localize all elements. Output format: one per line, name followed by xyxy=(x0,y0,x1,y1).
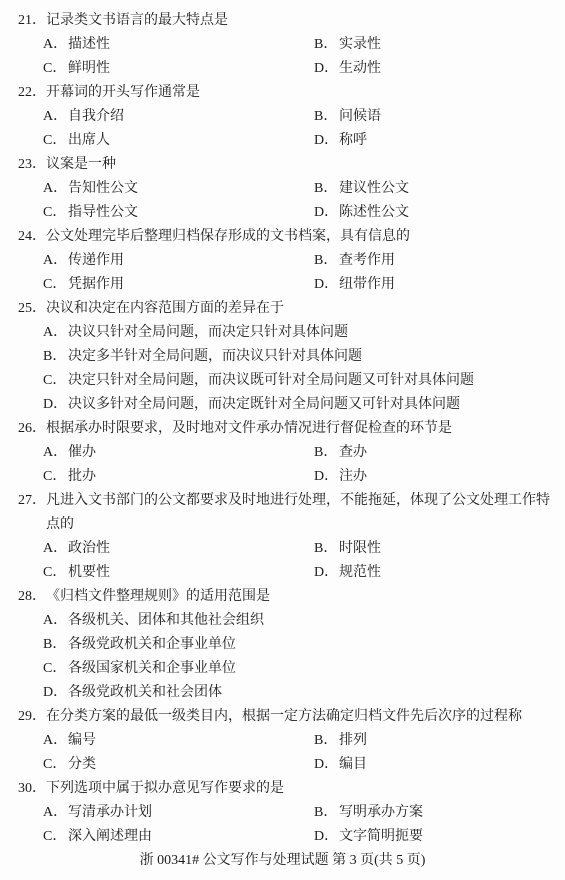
question-number: 23． xyxy=(18,153,46,177)
option-c: C．出席人 xyxy=(43,129,314,153)
option-b: B．查办 xyxy=(314,441,565,465)
option-text: 编号 xyxy=(68,729,96,753)
option-text: 告知性公文 xyxy=(68,177,138,201)
option-group: A．编号B．排列C．分类D．编目 xyxy=(0,729,565,777)
option-text: 排列 xyxy=(339,729,367,753)
option-text: 政治性 xyxy=(68,537,110,561)
option-b: B．排列 xyxy=(314,729,565,753)
option-text: 各级机关、团体和其他社会组织 xyxy=(68,609,264,633)
option-label: B． xyxy=(314,801,339,825)
option-b: B．查考作用 xyxy=(314,249,565,273)
option-b: B．各级党政机关和企事业单位 xyxy=(43,633,565,657)
option-group: A．传递作用B．查考作用C．凭据作用D．纽带作用 xyxy=(0,249,565,297)
question-line: 26．根据承办时限要求，及时地对文件承办情况进行督促检查的环节是 xyxy=(0,417,565,441)
option-text: 编目 xyxy=(339,753,367,777)
option-label: A． xyxy=(43,441,68,465)
option-b: B．时限性 xyxy=(314,537,565,561)
option-a: A．催办 xyxy=(43,441,314,465)
option-text: 各级党政机关和社会团体 xyxy=(68,681,222,705)
question-line: 28．《归档文件整理规则》的适用范围是 xyxy=(0,585,565,609)
option-text: 催办 xyxy=(68,441,96,465)
option-text: 决议只针对全局问题，而决定只针对具体问题 xyxy=(68,321,348,345)
option-label: B． xyxy=(314,537,339,561)
option-a: A．政治性 xyxy=(43,537,314,561)
option-d: D．规范性 xyxy=(314,561,565,585)
option-label: B． xyxy=(314,33,339,57)
question-line: 29．在分类方案的最低一级类目内，根据一定方法确定归档文件先后次序的过程称 xyxy=(0,705,565,729)
option-text: 出席人 xyxy=(68,129,110,153)
option-d: D．决议多针对全局问题，而决定既针对全局问题又可针对具体问题 xyxy=(43,393,565,417)
question-stem: 《归档文件整理规则》的适用范围是 xyxy=(46,585,270,609)
option-text: 各级党政机关和企事业单位 xyxy=(68,633,236,657)
question-21: 21．记录类文书语言的最大特点是A．描述性B．实录性C．鲜明性D．生动性 xyxy=(0,9,565,81)
question-stem: 公文处理完毕后整理归档保存形成的文书档案，具有信息的 xyxy=(46,225,410,249)
option-c: C．批办 xyxy=(43,465,314,489)
page-footer: 浙 00341# 公文写作与处理试题 第 3 页(共 5 页) xyxy=(0,849,565,873)
option-b: B．写明承办方案 xyxy=(314,801,565,825)
option-d: D．陈述性公文 xyxy=(314,201,565,225)
option-label: B． xyxy=(314,441,339,465)
option-text: 查办 xyxy=(339,441,367,465)
question-stem: 凡进入文书部门的公文都要求及时地进行处理，不能拖延，体现了公文处理工作特点的 xyxy=(46,489,550,537)
question-25: 25．决议和决定在内容范围方面的差异在于A．决议只针对全局问题，而决定只针对具体… xyxy=(0,297,565,417)
option-label: A． xyxy=(43,801,68,825)
option-text: 指导性公文 xyxy=(68,201,138,225)
question-line: 30．下列选项中属于拟办意见写作要求的是 xyxy=(0,777,565,801)
option-label: B． xyxy=(314,249,339,273)
option-label: A． xyxy=(43,105,68,129)
option-group: A．告知性公文B．建议性公文C．指导性公文D．陈述性公文 xyxy=(0,177,565,225)
option-label: B． xyxy=(314,177,339,201)
option-d: D．编目 xyxy=(314,753,565,777)
option-label: A． xyxy=(43,537,68,561)
option-a: A．写清承办计划 xyxy=(43,801,314,825)
option-d: D．注办 xyxy=(314,465,565,489)
option-text: 陈述性公文 xyxy=(339,201,409,225)
option-label: D． xyxy=(43,393,68,417)
option-label: C． xyxy=(43,825,68,849)
option-d: D．生动性 xyxy=(314,57,565,81)
option-c: C．决定只针对全局问题，而决议既可针对全局问题又可针对具体问题 xyxy=(43,369,565,393)
question-line: 21．记录类文书语言的最大特点是 xyxy=(0,9,565,33)
option-text: 写清承办计划 xyxy=(68,801,152,825)
option-text: 批办 xyxy=(68,465,96,489)
option-group: A．描述性B．实录性C．鲜明性D．生动性 xyxy=(0,33,565,81)
option-text: 问候语 xyxy=(339,105,381,129)
option-label: A． xyxy=(43,249,68,273)
option-text: 查考作用 xyxy=(339,249,395,273)
option-a: A．编号 xyxy=(43,729,314,753)
question-22: 22．开幕词的开头写作通常是A．自我介绍B．问候语C．出席人D．称呼 xyxy=(0,81,565,153)
option-c: C．凭据作用 xyxy=(43,273,314,297)
question-30: 30．下列选项中属于拟办意见写作要求的是A．写清承办计划B．写明承办方案C．深入… xyxy=(0,777,565,849)
option-label: C． xyxy=(43,129,68,153)
question-stem: 议案是一种 xyxy=(46,153,116,177)
question-line: 25．决议和决定在内容范围方面的差异在于 xyxy=(0,297,565,321)
option-group: A．写清承办计划B．写明承办方案C．深入阐述理由D．文字简明扼要 xyxy=(0,801,565,849)
option-text: 实录性 xyxy=(339,33,381,57)
option-c: C．指导性公文 xyxy=(43,201,314,225)
option-group: A．催办B．查办C．批办D．注办 xyxy=(0,441,565,489)
option-a: A．决议只针对全局问题，而决定只针对具体问题 xyxy=(43,321,565,345)
option-c: C．各级国家机关和企事业单位 xyxy=(43,657,565,681)
option-label: C． xyxy=(43,57,68,81)
option-group: A．决议只针对全局问题，而决定只针对具体问题B．决定多半针对全局问题，而决议只针… xyxy=(0,321,565,417)
option-b: B．决定多半针对全局问题，而决议只针对具体问题 xyxy=(43,345,565,369)
option-label: B． xyxy=(314,105,339,129)
option-text: 决定多半针对全局问题，而决议只针对具体问题 xyxy=(68,345,362,369)
question-number: 25． xyxy=(18,297,46,321)
option-a: A．描述性 xyxy=(43,33,314,57)
option-label: D． xyxy=(314,825,339,849)
option-text: 写明承办方案 xyxy=(339,801,423,825)
question-stem: 下列选项中属于拟办意见写作要求的是 xyxy=(46,777,284,801)
option-label: D． xyxy=(314,465,339,489)
option-label: A． xyxy=(43,729,68,753)
option-label: B． xyxy=(314,729,339,753)
option-a: A．传递作用 xyxy=(43,249,314,273)
option-c: C．鲜明性 xyxy=(43,57,314,81)
question-stem: 决议和决定在内容范围方面的差异在于 xyxy=(46,297,284,321)
option-label: D． xyxy=(43,681,68,705)
question-line: 23．议案是一种 xyxy=(0,153,565,177)
option-text: 机要性 xyxy=(68,561,110,585)
option-label: B． xyxy=(43,633,68,657)
option-a: A．各级机关、团体和其他社会组织 xyxy=(43,609,565,633)
option-text: 时限性 xyxy=(339,537,381,561)
question-24: 24．公文处理完毕后整理归档保存形成的文书档案，具有信息的A．传递作用B．查考作… xyxy=(0,225,565,297)
option-text: 分类 xyxy=(68,753,96,777)
question-number: 30． xyxy=(18,777,46,801)
question-line: 27．凡进入文书部门的公文都要求及时地进行处理，不能拖延，体现了公文处理工作特点… xyxy=(0,489,565,537)
option-text: 称呼 xyxy=(339,129,367,153)
option-text: 决议多针对全局问题，而决定既针对全局问题又可针对具体问题 xyxy=(68,393,460,417)
option-label: C． xyxy=(43,561,68,585)
question-stem: 在分类方案的最低一级类目内，根据一定方法确定归档文件先后次序的过程称 xyxy=(46,705,522,729)
question-number: 24． xyxy=(18,225,46,249)
option-d: D．称呼 xyxy=(314,129,565,153)
option-group: A．各级机关、团体和其他社会组织B．各级党政机关和企事业单位C．各级国家机关和企… xyxy=(0,609,565,705)
option-label: D． xyxy=(314,57,339,81)
option-b: B．实录性 xyxy=(314,33,565,57)
option-text: 各级国家机关和企事业单位 xyxy=(68,657,236,681)
option-text: 建议性公文 xyxy=(339,177,409,201)
question-stem: 根据承办时限要求，及时地对文件承办情况进行督促检查的环节是 xyxy=(46,417,452,441)
option-label: D． xyxy=(314,273,339,297)
option-label: A． xyxy=(43,321,68,345)
question-29: 29．在分类方案的最低一级类目内，根据一定方法确定归档文件先后次序的过程称A．编… xyxy=(0,705,565,777)
option-text: 描述性 xyxy=(68,33,110,57)
option-c: C．机要性 xyxy=(43,561,314,585)
option-d: D．各级党政机关和社会团体 xyxy=(43,681,565,705)
option-b: B．建议性公文 xyxy=(314,177,565,201)
question-number: 28． xyxy=(18,585,46,609)
option-text: 深入阐述理由 xyxy=(68,825,152,849)
option-text: 自我介绍 xyxy=(68,105,124,129)
option-text: 文字简明扼要 xyxy=(339,825,423,849)
question-stem: 开幕词的开头写作通常是 xyxy=(46,81,200,105)
option-text: 纽带作用 xyxy=(339,273,395,297)
question-number: 22． xyxy=(18,81,46,105)
question-list: 21．记录类文书语言的最大特点是A．描述性B．实录性C．鲜明性D．生动性22．开… xyxy=(0,9,565,849)
option-text: 注办 xyxy=(339,465,367,489)
option-label: C． xyxy=(43,657,68,681)
option-group: A．政治性B．时限性C．机要性D．规范性 xyxy=(0,537,565,585)
option-label: C． xyxy=(43,273,68,297)
option-label: B． xyxy=(43,345,68,369)
option-text: 凭据作用 xyxy=(68,273,124,297)
question-line: 24．公文处理完毕后整理归档保存形成的文书档案，具有信息的 xyxy=(0,225,565,249)
option-label: C． xyxy=(43,753,68,777)
option-d: D．文字简明扼要 xyxy=(314,825,565,849)
question-28: 28．《归档文件整理规则》的适用范围是A．各级机关、团体和其他社会组织B．各级党… xyxy=(0,585,565,705)
question-27: 27．凡进入文书部门的公文都要求及时地进行处理，不能拖延，体现了公文处理工作特点… xyxy=(0,489,565,585)
option-label: A． xyxy=(43,609,68,633)
option-label: D． xyxy=(314,753,339,777)
question-number: 26． xyxy=(18,417,46,441)
option-label: A． xyxy=(43,33,68,57)
question-26: 26．根据承办时限要求，及时地对文件承办情况进行督促检查的环节是A．催办B．查办… xyxy=(0,417,565,489)
option-label: D． xyxy=(314,201,339,225)
question-23: 23．议案是一种A．告知性公文B．建议性公文C．指导性公文D．陈述性公文 xyxy=(0,153,565,225)
option-d: D．纽带作用 xyxy=(314,273,565,297)
option-label: C． xyxy=(43,201,68,225)
option-c: C．深入阐述理由 xyxy=(43,825,314,849)
option-c: C．分类 xyxy=(43,753,314,777)
option-a: A．自我介绍 xyxy=(43,105,314,129)
option-text: 生动性 xyxy=(339,57,381,81)
question-number: 27． xyxy=(18,489,46,537)
option-label: C． xyxy=(43,465,68,489)
question-stem: 记录类文书语言的最大特点是 xyxy=(46,9,228,33)
option-label: C． xyxy=(43,369,68,393)
option-a: A．告知性公文 xyxy=(43,177,314,201)
option-text: 规范性 xyxy=(339,561,381,585)
question-number: 21． xyxy=(18,9,46,33)
option-label: A． xyxy=(43,177,68,201)
option-b: B．问候语 xyxy=(314,105,565,129)
option-text: 传递作用 xyxy=(68,249,124,273)
option-label: D． xyxy=(314,129,339,153)
question-line: 22．开幕词的开头写作通常是 xyxy=(0,81,565,105)
option-text: 鲜明性 xyxy=(68,57,110,81)
option-text: 决定只针对全局问题，而决议既可针对全局问题又可针对具体问题 xyxy=(68,369,474,393)
question-number: 29． xyxy=(18,705,46,729)
option-group: A．自我介绍B．问候语C．出席人D．称呼 xyxy=(0,105,565,153)
exam-page: 21．记录类文书语言的最大特点是A．描述性B．实录性C．鲜明性D．生动性22．开… xyxy=(0,0,565,880)
option-label: D． xyxy=(314,561,339,585)
